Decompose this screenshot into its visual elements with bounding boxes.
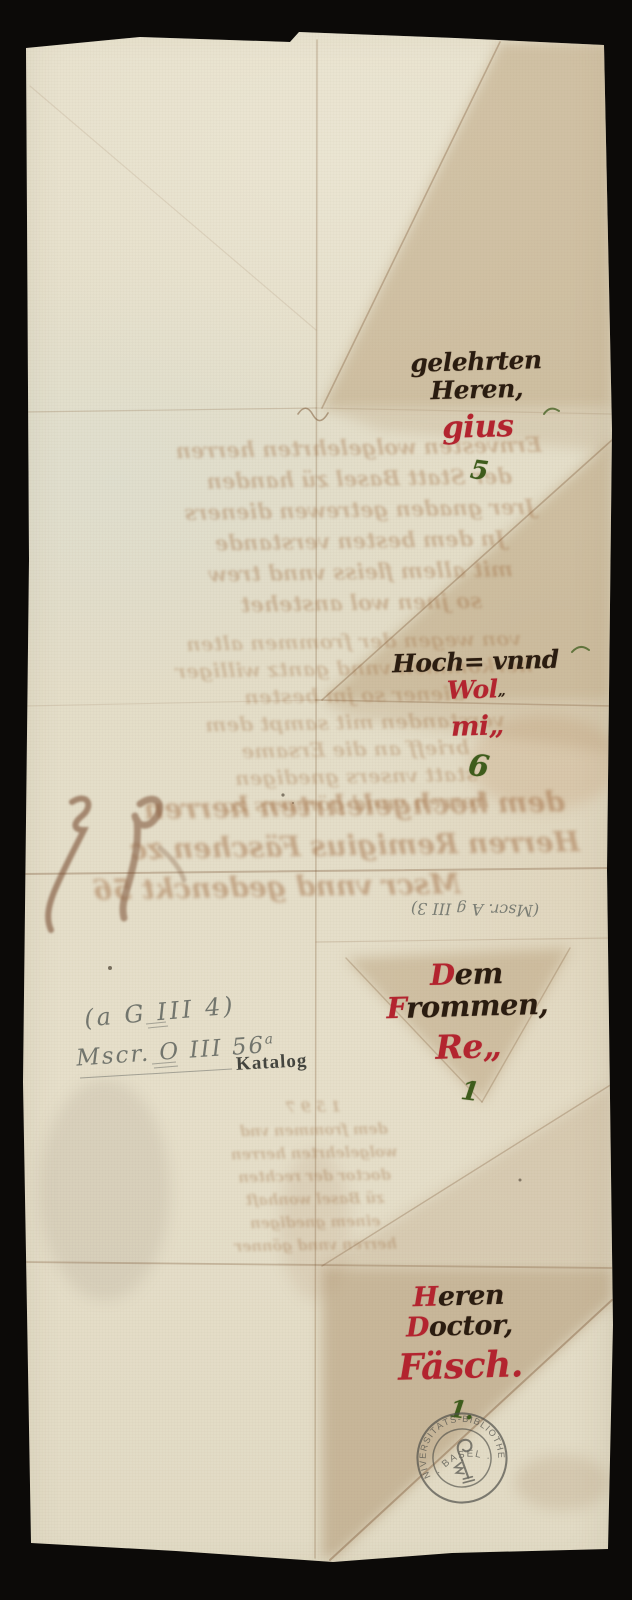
fold-crease: [26, 408, 316, 412]
fold-crease: [30, 86, 316, 330]
address-name-syllable: gius: [375, 407, 581, 447]
bleedthrough-text-block: 1 5 9 7 dem frommen vnd wolgelehrten her…: [191, 1094, 439, 1259]
seal-tear-squiggle: [298, 408, 328, 420]
address-initial: F: [386, 991, 407, 1026]
address-fragment-2: Hoch= vnnd Wol„ mi„ 6: [370, 645, 584, 787]
address-word: rommen,: [406, 987, 549, 1025]
address-word: octor,: [429, 1310, 513, 1343]
address-line: Dem Frommen,: [360, 955, 574, 1026]
pencil-note-upside-down: (Mscr. A g III 3): [382, 898, 568, 920]
ink-speck: [108, 966, 112, 970]
bleedthrough-line: herren vnnd gönner: [193, 1232, 438, 1259]
address-initial: D: [406, 1312, 430, 1344]
continuation-mark: „: [497, 683, 505, 699]
address-word: eren: [437, 1280, 504, 1313]
addressee-surname: Fäsch.: [360, 1344, 561, 1390]
address-initial: D: [429, 957, 455, 992]
manuscript-letter: Ernvesten wolgelehrten herren der Statt …: [0, 0, 632, 1600]
ink-speck: [519, 1179, 522, 1182]
address-initial: H: [412, 1282, 438, 1314]
address-line: gelehrten Heren,: [373, 345, 579, 407]
address-line: Hoch= vnnd Wol„: [370, 645, 581, 707]
bleedthrough-text-block: dem hochgelehrten herren Herren Remigius…: [129, 782, 581, 910]
address-word: Heren,: [430, 374, 523, 406]
address-name-syllable: Re„: [362, 1026, 575, 1069]
address-word: em: [454, 956, 503, 991]
scan-background: Ernvesten wolgelehrten herren der Statt …: [0, 0, 632, 1600]
address-line: Heren Doctor,: [358, 1279, 560, 1345]
ink-flourish-icon: [42, 788, 192, 953]
katalog-stamp: Katalog: [235, 1050, 307, 1076]
address-word: Hoch= vnnd: [392, 645, 559, 679]
address-fragment-1: gelehrten Heren, gius 5: [373, 345, 582, 488]
address-fragment-3: Dem Frommen, Re„ 1: [360, 955, 576, 1110]
shelfmark-superscript: a: [264, 1031, 275, 1048]
fold-crease: [316, 938, 612, 942]
address-word: Wol: [447, 674, 499, 704]
pencil-underline: [80, 1069, 232, 1078]
bleedthrough-line: Herren Remigius Fäschen zc: [130, 822, 581, 870]
